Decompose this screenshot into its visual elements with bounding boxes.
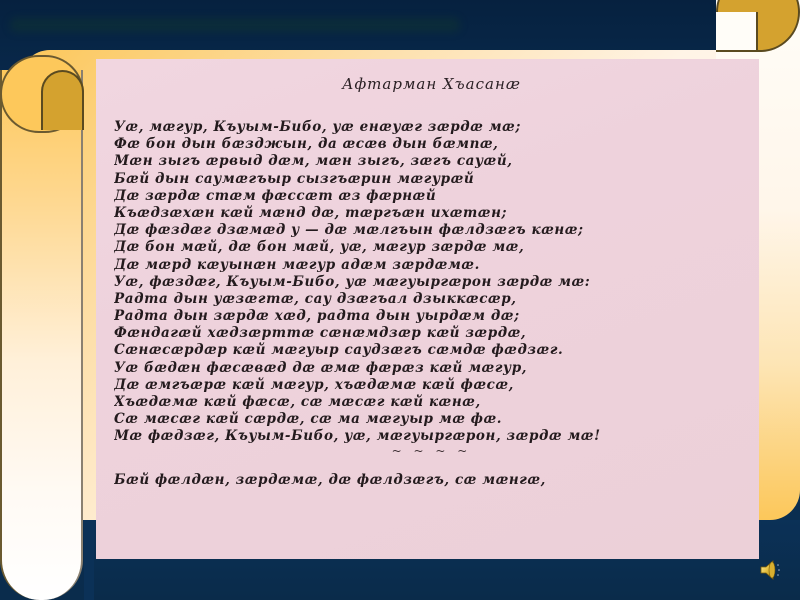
manuscript-line: Дæ мæрд кæуынæн мæгур адæм зæрдæмæ. [114, 257, 749, 274]
scroll-left-roll [0, 70, 83, 600]
manuscript-line: Уæ бæдæн фæсæвæд дæ æмæ фæрæз кæй мæгур, [114, 360, 749, 377]
manuscript-lines: Уæ, мæгур, Къуым-Бибо, уæ енæуæг зæрдæ м… [114, 119, 749, 446]
left-background-strip [84, 520, 94, 600]
manuscript-line: Хъæдæмæ кæй фæсæ, сæ мæсæг кæй кæнæ, [114, 394, 749, 411]
manuscript-line: Радта дын уæзæгтæ, сау дзæгъал дзыккæсæр… [114, 291, 749, 308]
manuscript-line: Дæ фæздæг дзæмæд у — дæ мæлгъын фæлдзæгъ… [114, 222, 749, 239]
manuscript-line: Уæ, фæздæг, Къуым-Бибо, уæ мæгуыргæрон з… [114, 274, 749, 291]
manuscript-line: Мæ фæдзæг, Къуым-Бибо, уæ, мæгуыргæрон, … [114, 428, 749, 445]
manuscript-line: Дæ бон мæй, дæ бон мæй, уæ, мæгур зæрдæ … [114, 239, 749, 256]
manuscript-image: Афтарман Хъасанæ Уæ, мæгур, Къуым-Бибо, … [96, 59, 759, 559]
manuscript-line: Мæн зыгъ æрвыд дæм, мæн зыгъ, зæгъ сауæй… [114, 153, 749, 170]
blurred-title-band [10, 18, 460, 32]
audio-button[interactable] [758, 557, 784, 583]
manuscript-line: Фæндагæй хæдзæрттæ сæнæмдзæр кæй зæрдæ, [114, 325, 749, 342]
manuscript-line: Сæ мæсæг кæй сæрдæ, сæ ма мæгуыр мæ фæ. [114, 411, 749, 428]
manuscript-line: Уæ, мæгур, Къуым-Бибо, уæ енæуæг зæрдæ м… [114, 119, 749, 136]
manuscript-line: Дæ зæрдæ стæм фæссæт æз фæрнæй [114, 188, 749, 205]
manuscript-line: Къæдзæхæн кæй мæнд дæ, тæргъæн ихæтæн; [114, 205, 749, 222]
manuscript-final-line: Бæй фæлдæн, зæрдæмæ, дæ фæлдзæгъ, сæ мæн… [114, 472, 749, 489]
manuscript-separator: ~ ~ ~ ~ [114, 446, 749, 458]
manuscript-title: Афтарман Хъасанæ [114, 75, 749, 93]
manuscript-line: Бæй дын саумæгъыр сызгъæрин мæгурæй [114, 171, 749, 188]
manuscript-line: Радта дын зæрдæ хæд, радта дын уырдæм дæ… [114, 308, 749, 325]
speaker-icon [758, 557, 784, 583]
manuscript-line: Сæнæсæрдæр кæй мæгуыр саудзæгъ сæмдæ фæд… [114, 342, 749, 359]
scroll-right-notch [716, 12, 758, 52]
scroll-left-curl-inner [41, 70, 84, 130]
manuscript-line: Дæ æмгъæрæ кæй мæгур, хъæдæмæ кæй фæсæ, [114, 377, 749, 394]
manuscript-line: Фæ бон дын бæзджын, да æсæв дын бæмпæ, [114, 136, 749, 153]
